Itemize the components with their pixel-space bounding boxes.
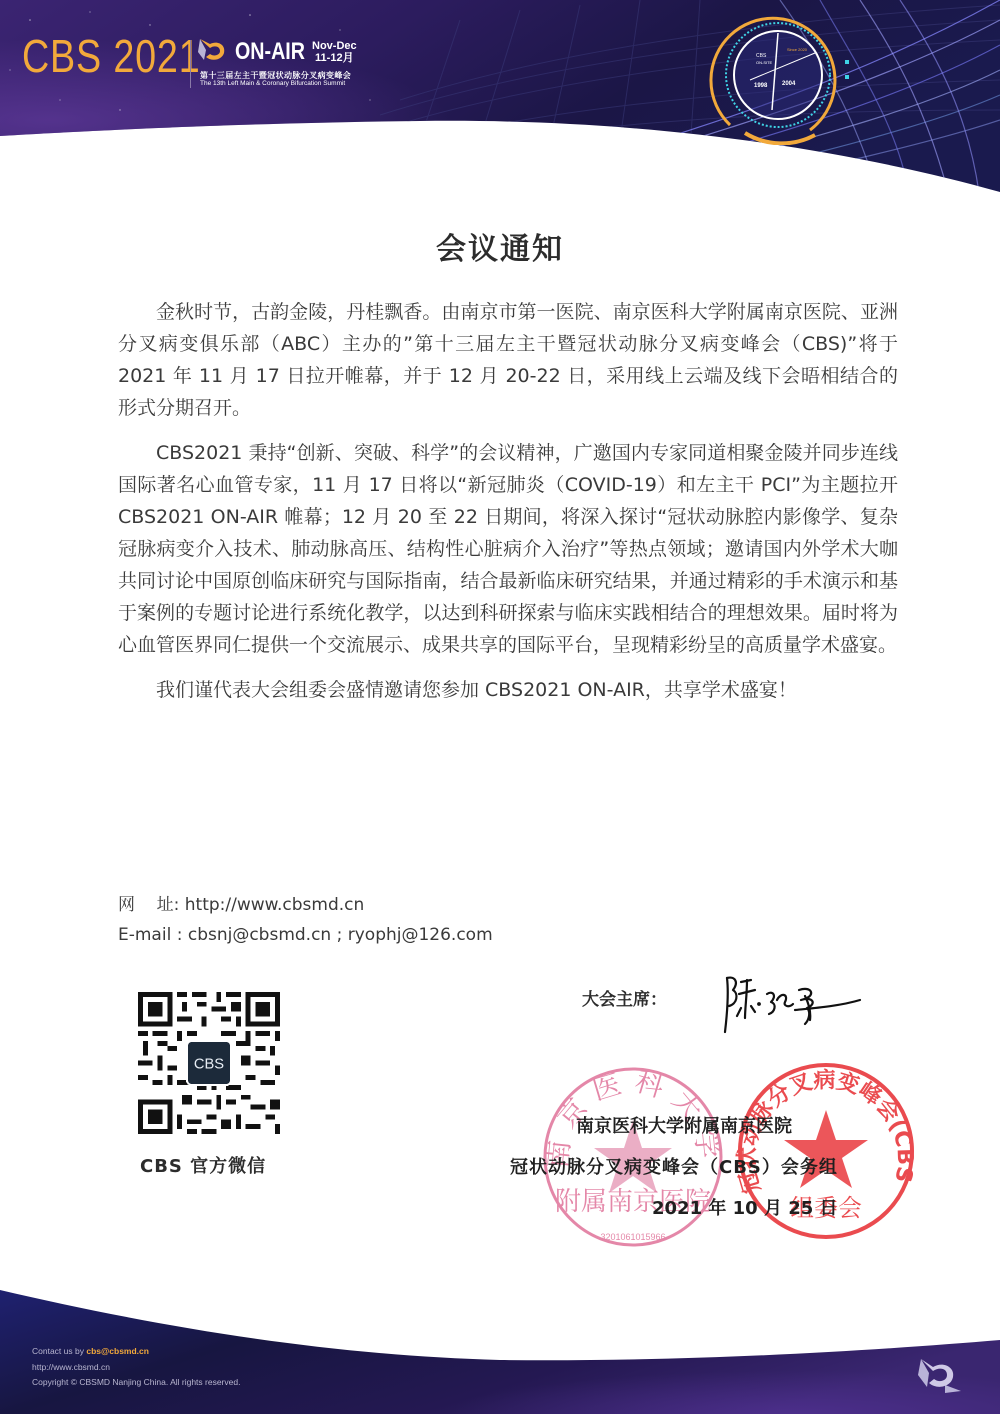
website-link[interactable]: http://www.cbsmd.cn bbox=[185, 895, 365, 915]
cbs-footer-logo-icon bbox=[915, 1355, 965, 1400]
svg-text:Since 2020: Since 2020 bbox=[787, 47, 808, 52]
notice-body: 金秋时节，古韵金陵，丹桂飘香。由南京市第一医院、南京医科大学附属南京医院、亚洲分… bbox=[118, 296, 898, 719]
email-label: E-mail : bbox=[118, 925, 188, 945]
footer-copyright: Copyright © CBSMD Nanjing China. All rig… bbox=[32, 1375, 240, 1391]
paragraph-details: CBS2021 秉持“创新、突破、科学”的会议精神，广邀国内专家同道相聚金陵并同… bbox=[118, 437, 898, 661]
wechat-qr-code: CBS bbox=[138, 992, 280, 1134]
organizer-committee: 冠状动脉分叉病变峰会（CBS）会务组 bbox=[510, 1153, 838, 1179]
email-links[interactable]: cbsnj@cbsmd.cn ; ryophj@126.com bbox=[188, 925, 493, 945]
email-row: E-mail : cbsnj@cbsmd.cn ; ryophj@126.com bbox=[118, 920, 493, 950]
onair-dates: Nov-Dec 11-12月 bbox=[312, 40, 357, 64]
brand-divider bbox=[190, 40, 191, 88]
chair-label: 大会主席： bbox=[582, 985, 667, 1010]
footer-contact-email[interactable]: cbs@cbsmd.cn bbox=[86, 1346, 149, 1356]
onair-dates-cn: 11-12月 bbox=[312, 52, 357, 64]
svg-text:CBS: CBS bbox=[756, 53, 767, 59]
website-row: 网 址: http://www.cbsmd.cn bbox=[118, 890, 493, 920]
cbs-swirl-logo-icon bbox=[196, 36, 230, 66]
contact-info: 网 址: http://www.cbsmd.cn E-mail : cbsnj@… bbox=[118, 890, 493, 950]
footer-text: Contact us by cbs@cbsmd.cn http://www.cb… bbox=[32, 1344, 240, 1391]
svg-text:2004: 2004 bbox=[782, 81, 796, 87]
footer-contact-row: Contact us by cbs@cbsmd.cn bbox=[32, 1344, 240, 1360]
qr-caption: CBS 官方微信 bbox=[140, 1152, 266, 1178]
handwritten-signature-icon bbox=[715, 960, 865, 1040]
header-banner: CBS 2021 ON-AIR Nov-Dec 11-12月 第十三届左主干暨冠… bbox=[0, 0, 1000, 200]
paragraph-invitation: 我们谨代表大会组委会盛情邀请您参加 CBS2021 ON-AIR，共享学术盛宴！ bbox=[118, 674, 898, 706]
paragraph-intro: 金秋时节，古韵金陵，丹桂飘香。由南京市第一医院、南京医科大学附属南京医院、亚洲分… bbox=[118, 296, 898, 424]
website-label: 网 址: bbox=[118, 895, 185, 915]
footer-website[interactable]: http://www.cbsmd.cn bbox=[32, 1360, 240, 1376]
summit-name-en: The 13th Left Main & Coronary Bifurcatio… bbox=[200, 80, 345, 87]
brand-logo-text: CBS 2021 bbox=[22, 33, 201, 79]
notice-date: 2021 年 10 月 25 日 bbox=[652, 1194, 838, 1220]
timeline-clock-graphic: CBS ON-SITE Since 2020 1998 2004 bbox=[690, 5, 860, 145]
svg-text:1998: 1998 bbox=[754, 83, 768, 89]
footer: Contact us by cbs@cbsmd.cn http://www.cb… bbox=[0, 1270, 1000, 1414]
onair-dates-en: Nov-Dec bbox=[312, 40, 357, 52]
page-title: 会议通知 bbox=[0, 224, 1000, 268]
onair-title: ON-AIR bbox=[235, 40, 305, 64]
organizer-hospital: 南京医科大学附属南京医院 bbox=[576, 1112, 792, 1138]
footer-background bbox=[0, 1270, 1000, 1414]
footer-contact-prefix: Contact us by bbox=[32, 1346, 86, 1356]
svg-text:ON-SITE: ON-SITE bbox=[756, 60, 773, 65]
svg-text:CBS: CBS bbox=[194, 1056, 224, 1072]
svg-text:3201061015966: 3201061015966 bbox=[600, 1232, 665, 1242]
